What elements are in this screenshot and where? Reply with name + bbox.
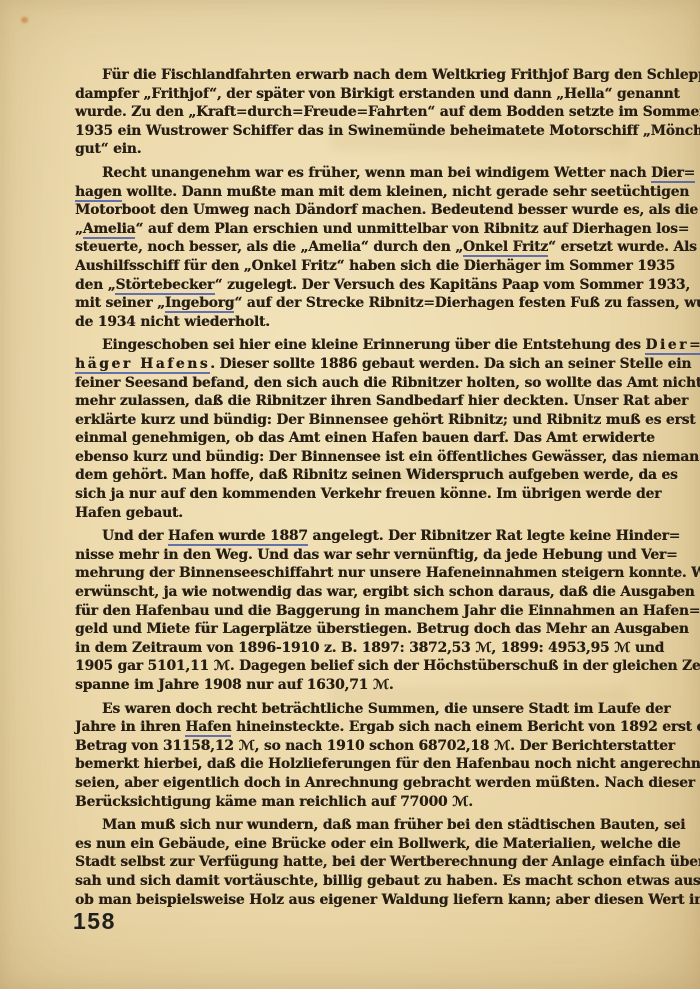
text-line: mehr zulassen, daß die Ribnitzer ihren S…	[75, 392, 642, 411]
text-line: Für die Fischlandfahrten erwarb nach dem…	[75, 66, 642, 85]
text-line: Betrag von 31158,12 ℳ, so nach 1910 scho…	[75, 737, 642, 756]
text-line: geld und Miete für Lagerplätze überstieg…	[75, 620, 642, 639]
text-line: erklärte kurz und bündig: Der Binnensee …	[75, 411, 642, 430]
ink-underlined-word: Onkel Fritz	[463, 239, 548, 257]
ink-underlined-word: Hafen wurde 1887	[168, 528, 308, 546]
text-line: ebenso kurz und bündig: Der Binnensee is…	[75, 448, 642, 467]
text-line: Eingeschoben sei hier eine kleine Erinne…	[75, 336, 642, 355]
text-line: Es waren doch recht beträchtliche Summen…	[75, 700, 642, 719]
text-line: feiner Seesand befand, den sich auch die…	[75, 374, 642, 393]
text-line: gut“ ein.	[75, 140, 642, 159]
text-line: mit seiner „Ingeborg“ auf der Strecke Ri…	[75, 294, 642, 313]
text-line: dampfer „Frithjof“, der später von Birki…	[75, 85, 642, 104]
text-line: „Amelia“ auf dem Plan erschien und unmit…	[75, 220, 642, 239]
text-line: erwünscht, ja wie notwendig das war, erg…	[75, 583, 642, 602]
text-line: Recht unangenehm war es früher, wenn man…	[75, 164, 642, 183]
text-line: Jahre in ihren Hafen hineinsteckte. Erga…	[75, 718, 642, 737]
paragraph: Eingeschoben sei hier eine kleine Erinne…	[75, 336, 642, 522]
text-line: Berücksichtigung käme man reichlich auf …	[75, 793, 642, 812]
ink-underlined-word: Hafen	[185, 719, 231, 737]
ink-underlined-word: hagen	[75, 184, 122, 202]
text-line: bemerkt hierbei, daß die Holzlieferungen…	[75, 755, 642, 774]
text-line: mehrung der Binnenseeschiffahrt nur unse…	[75, 564, 642, 583]
text-line: 1905 gar 5101,11 ℳ. Dagegen belief sich …	[75, 657, 642, 676]
text-line: sich ja nur auf den kommenden Verkehr fr…	[75, 485, 642, 504]
text-line: seien, aber eigentlich doch in Anrechnun…	[75, 774, 642, 793]
text-line: für den Hafenbau und die Baggerung in ma…	[75, 602, 642, 621]
text-line: Stadt selbst zur Verfügung hatte, bei de…	[75, 853, 642, 872]
text-line: sah und sich damit vortäuschte, billig g…	[75, 872, 642, 891]
text-line: de 1934 nicht wiederholt.	[75, 313, 642, 332]
paragraph: Für die Fischlandfahrten erwarb nach dem…	[75, 66, 642, 159]
ink-underlined-word: Dier=	[651, 165, 695, 183]
text-line: Hafen gebaut.	[75, 504, 642, 523]
text-line: dem gehört. Man hoffe, daß Ribnitz seine…	[75, 466, 642, 485]
ink-underlined-word: häger Hafens	[75, 356, 210, 374]
text-line: nisse mehr in den Weg. Und das war sehr …	[75, 546, 642, 565]
text-line: ob man beispielsweise Holz aus eigener W…	[75, 891, 642, 910]
text-line: einmal genehmigen, ob das Amt einen Hafe…	[75, 429, 642, 448]
text-line: 1935 ein Wustrower Schiffer das in Swine…	[75, 122, 642, 141]
text-line: den „Störtebecker“ zugelegt. Der Versuch…	[75, 276, 642, 295]
text-line: es nun ein Gebäude, eine Brücke oder ein…	[75, 835, 642, 854]
text-line: wurde. Zu den „Kraft=durch=Freude=Fahrte…	[75, 103, 642, 122]
text-line: spanne im Jahre 1908 nur auf 1630,71 ℳ.	[75, 676, 642, 695]
text-block: Für die Fischlandfahrten erwarb nach dem…	[75, 66, 642, 909]
text-line: Man muß sich nur wundern, daß man früher…	[75, 816, 642, 835]
text-line: Und der Hafen wurde 1887 angelegt. Der R…	[75, 527, 642, 546]
paragraph: Man muß sich nur wundern, daß man früher…	[75, 816, 642, 909]
paragraph: Recht unangenehm war es früher, wenn man…	[75, 164, 642, 331]
text-line: Aushilfsschiff für den „Onkel Fritz“ hab…	[75, 257, 642, 276]
ink-underlined-word: Ingeborg	[165, 295, 234, 313]
text-line: Motorboot den Umweg nach Dändorf machen.…	[75, 201, 642, 220]
ink-underlined-word: Dier=	[645, 337, 700, 355]
text-line: hagen wollte. Dann mußte man mit dem kle…	[75, 183, 642, 202]
page-number: 158	[73, 908, 116, 935]
text-line: in dem Zeitraum von 1896-1910 z. B. 1897…	[75, 639, 642, 658]
paper-stain	[21, 17, 28, 23]
text-line: steuerte, noch besser, als die „Amelia“ …	[75, 238, 642, 257]
ink-underlined-word: Amelia	[83, 221, 136, 239]
paragraph: Es waren doch recht beträchtliche Summen…	[75, 700, 642, 812]
text-line: häger Hafens. Dieser sollte 1886 gebaut …	[75, 355, 642, 374]
paragraph: Und der Hafen wurde 1887 angelegt. Der R…	[75, 527, 642, 694]
ink-underlined-word: Störtebecker	[115, 277, 214, 295]
